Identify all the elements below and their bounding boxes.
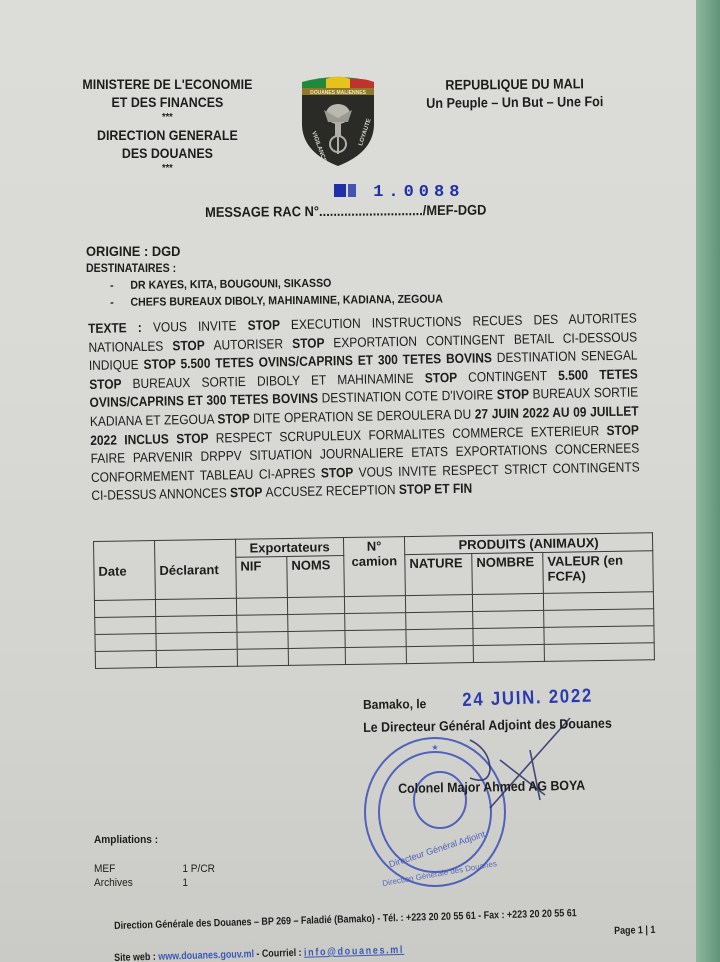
page-number: Page 1 | 1 (614, 924, 656, 937)
col-date: Date (94, 541, 156, 601)
col-valeur: VALEUR (en FCFA) (543, 551, 654, 594)
national-motto: Un Peuple – Un But – Une Foi (420, 92, 609, 112)
place-label: Bamako, le (363, 696, 426, 712)
recipients-label: DESTINATAIRES : (86, 263, 176, 275)
col-nif: NIF (236, 556, 288, 598)
origin-line: ORIGINE : DGD (86, 243, 180, 259)
country-name: REPUBLIQUE DU MALI (420, 74, 609, 94)
col-camion: N° camion (343, 537, 405, 597)
republic-header: REPUBLIQUE DU MALI Un Peuple – Un But – … (420, 74, 609, 112)
customs-emblem-icon: DOUANES MALIENNES VIGILANCE LOYAUTE (298, 74, 378, 166)
recipient-item: -CHEFS BUREAUX DIBOLY, MAHINAMINE, KADIA… (110, 292, 443, 312)
footer-address: Direction Générale des Douanes – BP 269 … (114, 907, 577, 932)
footer-contacts: Site web : www.douanes.gouv.ml - Courrie… (114, 944, 404, 962)
document-page: MINISTERE DE L'ECONOMIE ET DES FINANCES … (0, 0, 706, 962)
message-body: TEXTE : VOUS INVITE STOP EXECUTION INSTR… (88, 309, 640, 505)
col-noms: NOMS (287, 556, 345, 598)
ampliations-label: Ampliations : (94, 834, 158, 846)
col-nature: NATURE (405, 554, 473, 596)
recipients-list: -DR KAYES, KITA, BOUGOUNI, SIKASSO -CHEF… (110, 275, 443, 312)
website-link[interactable]: www.douanes.gouv.ml (158, 948, 254, 962)
message-reference: MESSAGE RAC N°..........................… (205, 202, 487, 220)
separator: *** (80, 113, 255, 123)
col-nombre: NOMBRE (472, 552, 544, 594)
ministry-line-2: ET DES FINANCES (80, 94, 255, 112)
ampliation-item: Archives1 (94, 876, 215, 890)
issuing-authority: MINISTERE DE L'ECONOMIE ET DES FINANCES … (80, 76, 255, 178)
group-exportateurs: Exportateurs (235, 538, 343, 558)
separator: *** (80, 164, 255, 174)
direction-line-2: DES DOUANES (80, 145, 255, 163)
background-surface (696, 0, 720, 962)
email-link[interactable]: info@douanes.ml (304, 944, 404, 959)
ampliation-item: MEF1 P/CR (94, 862, 215, 876)
direction-line-1: DIRECTION GENERALE (80, 127, 255, 145)
col-declarant: Déclarant (155, 539, 237, 599)
message-number-stamp: 1.0088 (334, 183, 464, 202)
export-report-table: Date Déclarant Exportateurs N° camion PR… (93, 532, 655, 669)
ampliations-list: MEF1 P/CR Archives1 (94, 862, 215, 890)
ministry-line-1: MINISTERE DE L'ECONOMIE (80, 76, 255, 94)
